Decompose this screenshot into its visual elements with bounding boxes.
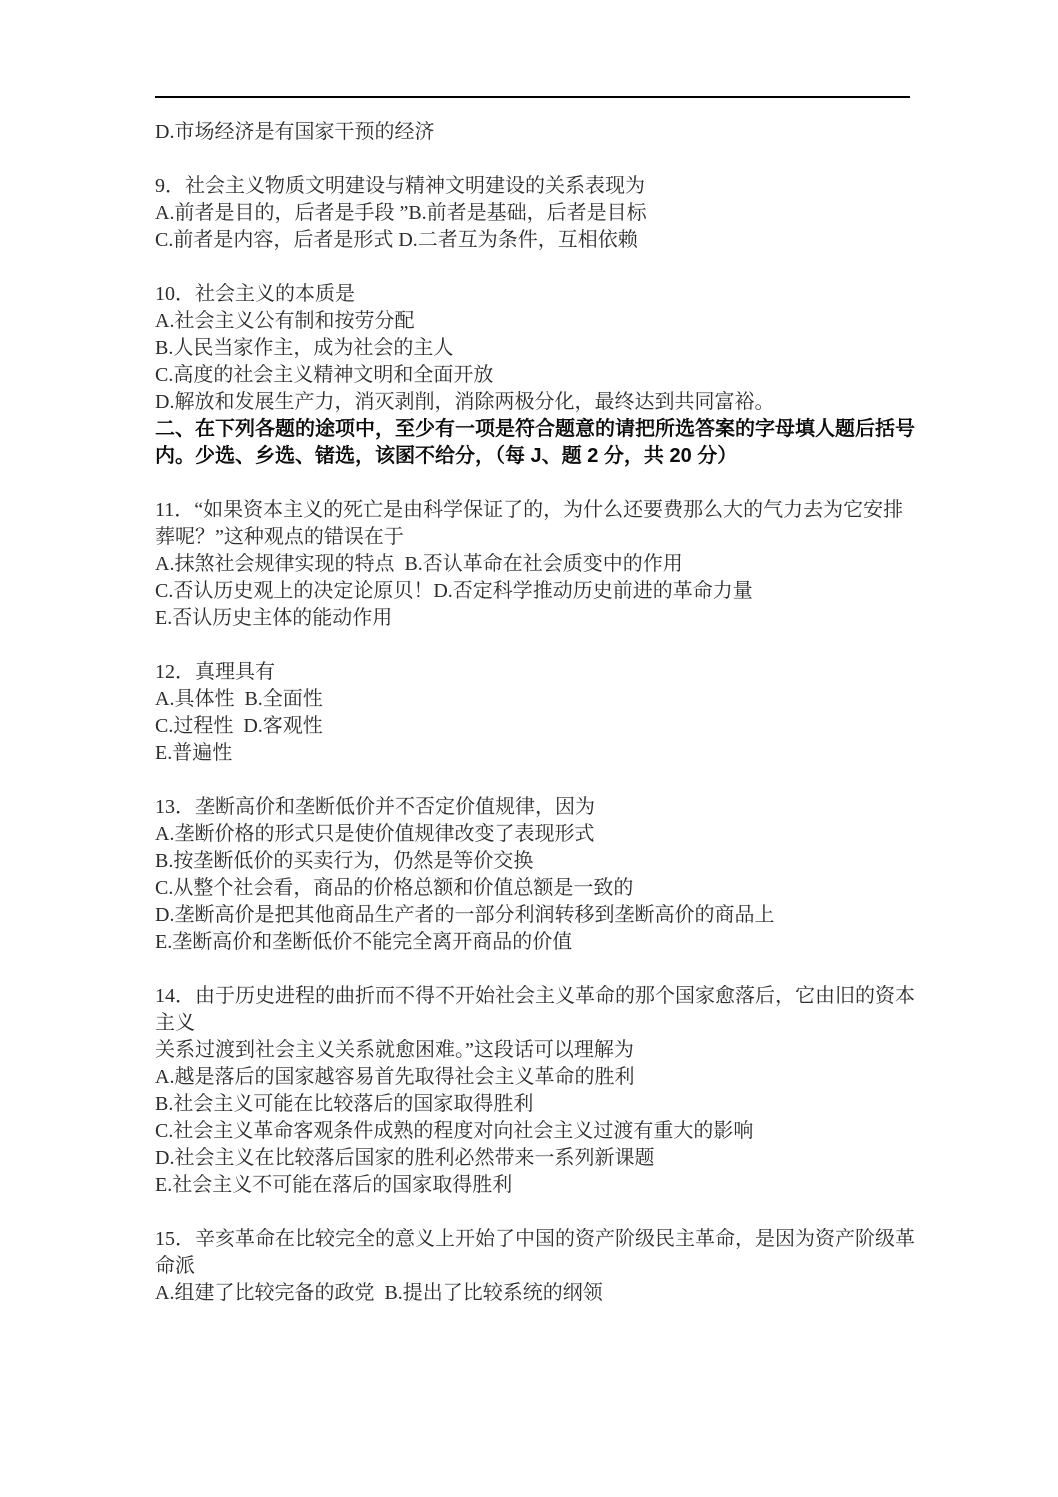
exam-document-page: D.市场经济是有国家干预的经济9．社会主义物质文明建设与精神文明建设的关系表现为… (155, 0, 915, 1334)
document-line: C.社会主义革命客观条件成熟的程度对向社会主义过渡有重大的影响 (155, 1118, 915, 1145)
question-10: 10．社会主义的本质是A.社会主义公有制和按劳分配B.人民当家作主，成为社会的主… (155, 281, 915, 416)
document-line: 13．垄断高价和垄断低价并不否定价值规律，因为 (155, 794, 915, 821)
document-line: 14．由于历史进程的曲折而不得不开始社会主义革命的那个国家愈落后，它由旧的资本 (155, 983, 915, 1010)
document-line: 二、在下列各题的途项中，至少有一项是符合题意的请把所选答案的字母填人题后括号 (155, 416, 915, 443)
question-14: 14．由于历史进程的曲折而不得不开始社会主义革命的那个国家愈落后，它由旧的资本主… (155, 983, 915, 1199)
document-line: D.社会主义在比较落后国家的胜利必然带来一系列新课题 (155, 1145, 915, 1172)
question-12: 12．真理具有A.具体性 B.全面性C.过程性 D.客观性E.普遍性 (155, 659, 915, 767)
document-line: C.高度的社会主义精神文明和全面开放 (155, 362, 915, 389)
document-line: 内。少选、乡选、锗选，该圂不给分，（每 J、题 2 分，共 20 分） (155, 443, 915, 470)
document-line: E.社会主义不可能在落后的国家取得胜利 (155, 1172, 915, 1199)
document-line: 12．真理具有 (155, 659, 915, 686)
document-content: D.市场经济是有国家干预的经济9．社会主义物质文明建设与精神文明建设的关系表现为… (155, 119, 915, 1307)
document-line: D.垄断高价是把其他商品生产者的一部分利润转移到垄断高价的商品上 (155, 902, 915, 929)
document-line: A.前者是目的，后者是手段 ”B.前者是基础，后者是目标 (155, 200, 915, 227)
document-line: D.解放和发展生产力，消灭剥削，消除两极分化，最终达到共同富裕。 (155, 389, 915, 416)
question-8-option-d: D.市场经济是有国家干预的经济 (155, 119, 915, 146)
document-line: B.社会主义可能在比较落后的国家取得胜利 (155, 1091, 915, 1118)
document-line: E.否认历史主体的能动作用 (155, 605, 915, 632)
document-line: A.组建了比较完备的政党 B.提出了比较系统的纲领 (155, 1280, 915, 1307)
document-line: A.社会主义公有制和按劳分配 (155, 308, 915, 335)
question-11: 11．“如果资本主义的死亡是由科学保证了的，为什么还要费那么大的气力去为它安排葬… (155, 497, 915, 632)
question-15: 15．辛亥革命在比较完全的意义上开始了中国的资产阶级民主革命，是因为资产阶级革命… (155, 1226, 915, 1307)
document-line: C.否认历史观上的决定论原贝！D.否定科学推动历史前进的革命力量 (155, 578, 915, 605)
document-line: B.按垄断低价的买卖行为，仍然是等价交换 (155, 848, 915, 875)
document-line: B.人民当家作主，成为社会的主人 (155, 335, 915, 362)
document-line: 主义 (155, 1010, 915, 1037)
top-rule (155, 96, 910, 98)
document-line: C.前者是内容，后者是形式 D.二者互为条件，互相依赖 (155, 227, 915, 254)
document-line: D.市场经济是有国家干预的经济 (155, 119, 915, 146)
question-13: 13．垄断高价和垄断低价并不否定价值规律，因为A.垄断价格的形式只是使价值规律改… (155, 794, 915, 956)
document-line: C.过程性 D.客观性 (155, 713, 915, 740)
document-line: E.普遍性 (155, 740, 915, 767)
section-two-heading: 二、在下列各题的途项中，至少有一项是符合题意的请把所选答案的字母填人题后括号内。… (155, 416, 915, 470)
document-line: 命派 (155, 1253, 915, 1280)
document-line: A.抹煞社会规律实现的特点 B.否认革命在社会质变中的作用 (155, 551, 915, 578)
document-line: 9．社会主义物质文明建设与精神文明建设的关系表现为 (155, 173, 915, 200)
document-line: 11．“如果资本主义的死亡是由科学保证了的，为什么还要费那么大的气力去为它安排 (155, 497, 915, 524)
document-line: 10．社会主义的本质是 (155, 281, 915, 308)
document-line: C.从整个社会看，商品的价格总额和价值总额是一致的 (155, 875, 915, 902)
document-line: 关系过渡到社会主义关系就愈困难。”这段话可以理解为 (155, 1037, 915, 1064)
document-line: E.垄断高价和垄断低价不能完全离开商品的价值 (155, 929, 915, 956)
question-9: 9．社会主义物质文明建设与精神文明建设的关系表现为A.前者是目的，后者是手段 ”… (155, 173, 915, 254)
document-line: 15．辛亥革命在比较完全的意义上开始了中国的资产阶级民主革命，是因为资产阶级革 (155, 1226, 915, 1253)
document-line: A.垄断价格的形式只是使价值规律改变了表现形式 (155, 821, 915, 848)
document-line: A.具体性 B.全面性 (155, 686, 915, 713)
document-line: 葬呢？”这种观点的错误在于 (155, 524, 915, 551)
document-line: A.越是落后的国家越容易首先取得社会主义革命的胜利 (155, 1064, 915, 1091)
